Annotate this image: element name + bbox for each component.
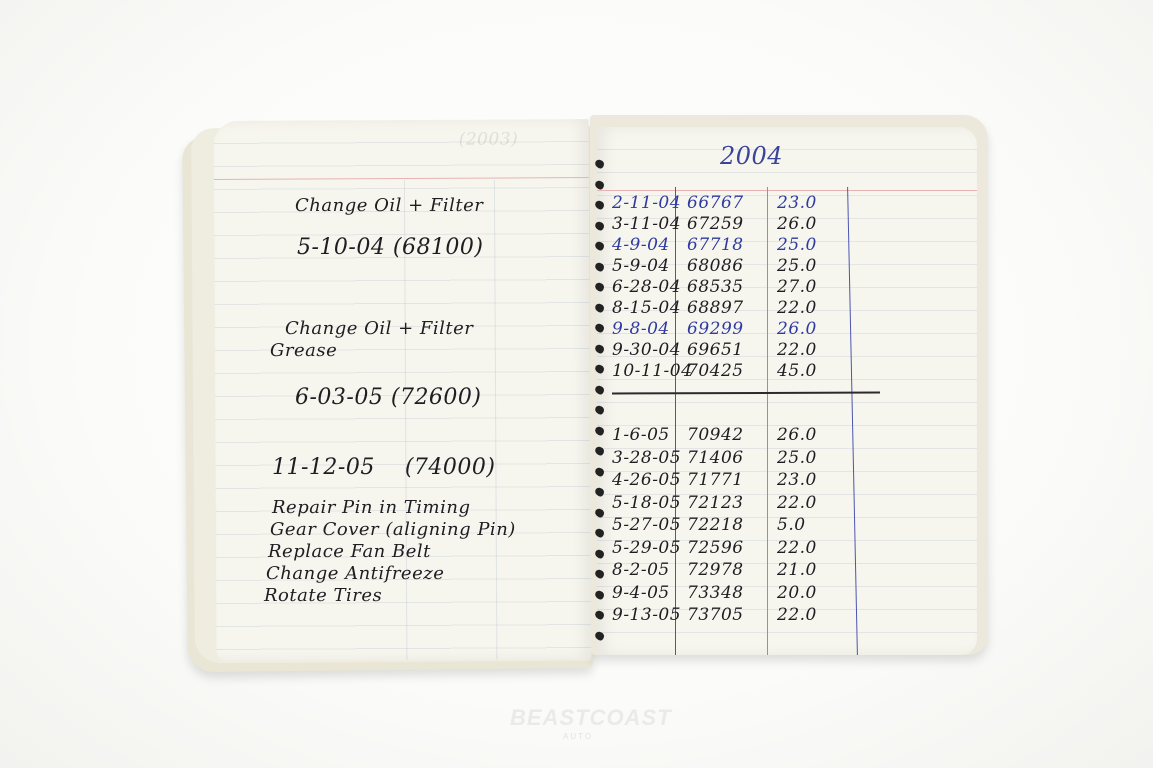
service-note: Rotate Tires <box>264 585 382 606</box>
log-gallons: 22.0 <box>777 340 847 360</box>
log-date: 5-29-05 <box>612 538 684 558</box>
spiral-coil <box>594 343 606 354</box>
spiral-coil <box>594 322 606 333</box>
log-gallons: 22.0 <box>777 538 847 558</box>
spiral-coil <box>594 363 606 374</box>
log-odometer: 73348 <box>687 583 777 603</box>
year-heading: 2004 <box>720 142 783 170</box>
spiral-coil <box>594 548 606 559</box>
spiral-coil <box>594 589 606 600</box>
log-gallons: 26.0 <box>777 425 847 445</box>
entry-2-date: 6-03-05 (72600) <box>295 385 482 410</box>
log-date: 8-2-05 <box>612 560 684 580</box>
log-date: 5-9-04 <box>612 256 684 276</box>
log-date: 5-18-05 <box>612 493 684 513</box>
log-date: 4-9-04 <box>612 235 684 255</box>
spiral-coil <box>594 445 606 456</box>
log-odometer: 72123 <box>687 493 777 513</box>
spiral-coil <box>594 404 606 415</box>
log-odometer: 68897 <box>687 298 777 318</box>
log-odometer: 72978 <box>687 560 777 580</box>
entry-1-date-text: 5-10-04 <box>297 235 385 260</box>
margin-line <box>597 190 977 191</box>
log-odometer: 69651 <box>687 340 777 360</box>
log-odometer: 69299 <box>687 319 777 339</box>
entry-1-task: Change Oil + Filter <box>295 195 483 216</box>
spiral-coil <box>594 568 606 579</box>
entry-1-date: 5-10-04 (68100) <box>297 235 484 260</box>
log-odometer: 72596 <box>687 538 777 558</box>
log-date: 6-28-04 <box>612 277 684 297</box>
spiral-coil <box>594 384 606 395</box>
spiral-coil <box>594 302 606 313</box>
log-gallons: 25.0 <box>777 235 847 255</box>
log-odometer: 73705 <box>687 605 777 625</box>
spiral-coil <box>594 425 606 436</box>
log-date: 2-11-04 <box>612 193 684 213</box>
margin-line <box>214 177 589 180</box>
entry-2-mileage: (72600) <box>391 385 482 410</box>
log-gallons: 23.0 <box>777 470 847 490</box>
log-date: 10-11-04 <box>612 361 684 381</box>
column-rule <box>494 180 498 660</box>
spiral-coil <box>594 199 606 210</box>
log-odometer: 67718 <box>687 235 777 255</box>
log-date: 9-8-04 <box>612 319 684 339</box>
watermark-subtext: AUTO <box>563 732 593 741</box>
service-note: Repair Pin in Timing <box>272 497 471 518</box>
log-date: 9-4-05 <box>612 583 684 603</box>
entry-3-date-text: 11-12-05 <box>272 455 375 480</box>
log-odometer: 66767 <box>687 193 777 213</box>
log-gallons: 22.0 <box>777 298 847 318</box>
service-note: Change Antifreeze <box>266 563 444 584</box>
service-note: Replace Fan Belt <box>268 541 431 562</box>
entry-1-mileage: (68100) <box>393 235 484 260</box>
log-date: 9-13-05 <box>612 605 684 625</box>
spiral-coil <box>594 220 606 231</box>
spiral-coil <box>594 179 606 190</box>
log-gallons: 20.0 <box>777 583 847 603</box>
log-odometer: 67259 <box>687 214 777 234</box>
log-date: 5-27-05 <box>612 515 684 535</box>
log-gallons: 22.0 <box>777 605 847 625</box>
log-date: 8-15-04 <box>612 298 684 318</box>
log-odometer: 70425 <box>687 361 777 381</box>
service-note: Gear Cover (aligning Pin) <box>270 519 516 540</box>
log-date: 3-11-04 <box>612 214 684 234</box>
log-gallons: 22.0 <box>777 493 847 513</box>
spiral-coil <box>594 466 606 477</box>
log-gallons: 25.0 <box>777 448 847 468</box>
spiral-binding <box>591 140 611 640</box>
spiral-coil <box>594 507 606 518</box>
log-odometer: 70942 <box>687 425 777 445</box>
log-odometer: 68535 <box>687 277 777 297</box>
log-gallons: 27.0 <box>777 277 847 297</box>
entry-2-task: Change Oil + Filter <box>285 318 473 339</box>
log-gallons: 23.0 <box>777 193 847 213</box>
spiral-coil <box>594 527 606 538</box>
spiral-coil <box>594 240 606 251</box>
column-rule-gallons <box>847 187 858 655</box>
log-gallons: 45.0 <box>777 361 847 381</box>
entry-3-date: 11-12-05 (74000) <box>272 455 496 480</box>
log-gallons: 26.0 <box>777 214 847 234</box>
spiral-coil <box>594 630 606 641</box>
log-date: 4-26-05 <box>612 470 684 490</box>
log-gallons: 5.0 <box>777 515 847 535</box>
log-gallons: 21.0 <box>777 560 847 580</box>
spiral-coil <box>594 261 606 272</box>
entry-2-date-text: 6-03-05 <box>295 385 383 410</box>
watermark-logo: BEASTCOAST <box>510 705 672 731</box>
spiral-coil <box>594 486 606 497</box>
log-odometer: 72218 <box>687 515 777 535</box>
spiral-coil <box>594 609 606 620</box>
log-date: 1-6-05 <box>612 425 684 445</box>
log-date: 3-28-05 <box>612 448 684 468</box>
entry-3-mileage: (74000) <box>405 455 496 480</box>
log-odometer: 68086 <box>687 256 777 276</box>
spiral-coil <box>594 281 606 292</box>
log-date: 9-30-04 <box>612 340 684 360</box>
log-gallons: 26.0 <box>777 319 847 339</box>
entry-2-task-2: Grease <box>270 340 337 361</box>
faded-header: (2003) <box>459 129 519 149</box>
log-odometer: 71771 <box>687 470 777 490</box>
spiral-coil <box>594 158 606 169</box>
log-odometer: 71406 <box>687 448 777 468</box>
log-gallons: 25.0 <box>777 256 847 276</box>
